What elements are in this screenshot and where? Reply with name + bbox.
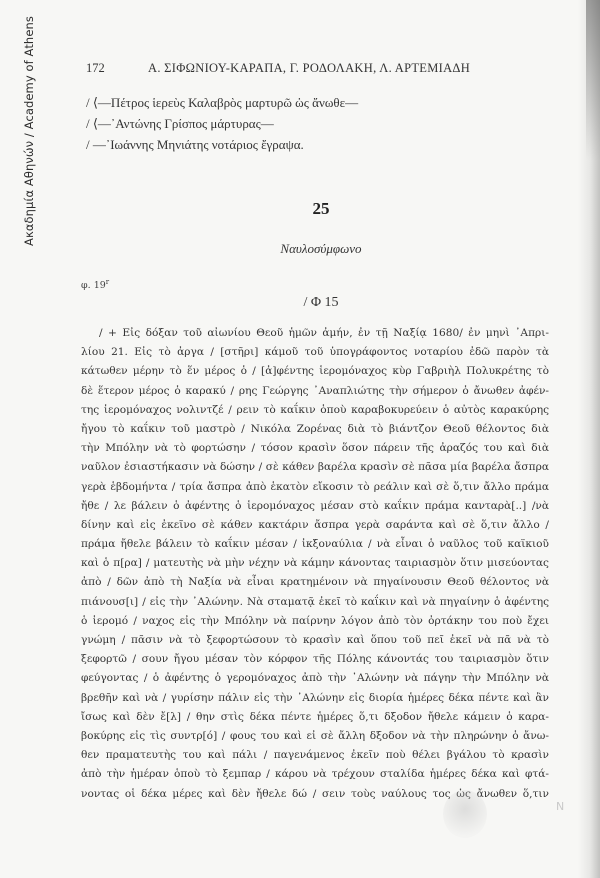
body-line: ἤθε / λε βάλειν ὁ ἀφέντης ὁ ἱερομόναχος …: [81, 497, 549, 516]
seal-watermark-letter: N: [556, 800, 564, 813]
document-number: 25: [0, 199, 600, 219]
body-line: φεύγοντας / ὁ ἀφέντης ὁ γερομόναχος ἀπὸ …: [81, 669, 549, 688]
document-body: / + Εἰς δόξαν τοῦ αἰωνίου Θεοῦ ἡμῶν ἀμήν…: [81, 324, 549, 804]
running-head-authors: Α. ΣΙΦΩΝΙΟΥ-ΚΑΡΑΠΑ, Γ. ΡΟΔΟΛΑΚΗ, Λ. ΑΡΤΕ…: [148, 61, 470, 76]
signature-line: / ⟨—Πέτρος ἱερεὺς Καλαβρὸς μαρτυρῶ ὡς ἄν…: [86, 92, 358, 113]
body-line: θεν πραματευτὴς του καὶ πάλι / παγενάμεν…: [81, 746, 549, 765]
body-line: ξεφορτῶ / σουν ἤγου μέσαν τὸν κόρφον τῆς…: [81, 650, 549, 669]
folio-reference: φ. 19r: [81, 278, 109, 291]
folio-superscript: r: [106, 278, 109, 286]
page-corner-shadow: [586, 0, 600, 160]
document-title: Ναυλοσύμφωνο: [0, 241, 600, 257]
seal-watermark-icon: [443, 790, 487, 838]
body-line: / + Εἰς δόξαν τοῦ αἰωνίου Θεοῦ ἡμῶν ἀμήν…: [81, 324, 549, 343]
body-line: βρεθῆν καὶ νὰ / γυρίσην πάλιν εἰς τὴν ᾿Α…: [81, 689, 549, 708]
signature-line: / ⟨—᾿Αντώνης Γρίσπος μάρτυρας—: [86, 113, 358, 134]
body-line: ὁ ἱερομό / ναχος εἰς τὴν Μπόλην νὰ παίρν…: [81, 612, 549, 631]
body-line: ἴσως καὶ δὲν ἔ[λ] / θην στὶς δέκα πέντε …: [81, 708, 549, 727]
page-marker: / Φ 15: [0, 295, 600, 311]
body-line: γερὰ ἑβδομήντα / τρία ἄσπρα ἀπὸ ἑκατὸν ε…: [81, 478, 549, 497]
body-line: πιάνουσ[ι] / εἰς τὴν ᾿Αλώνην. Νὰ σταματᾷ…: [81, 593, 549, 612]
page-number: 172: [86, 61, 105, 76]
body-line: λίου 21. Εἰς τὸ ἀργα / [στῆρι] κάμοῦ τοῦ…: [81, 343, 549, 362]
body-line: καὶ ὁ π[ρα] / ματευτὴς νὰ μὴν νέχην νὰ κ…: [81, 554, 549, 573]
folio-label: φ. 19: [81, 280, 106, 291]
body-line: ἀπὸ τὴν ἡμέραν ὁποὺ τὸ ξεμπαρ / κάρου νὰ…: [81, 765, 549, 784]
body-line: ἤγου τὸ καΐκιν τοῦ μαστρὸ / Νικόλα Ζορέν…: [81, 420, 549, 439]
body-line: ἀπὸ / δῶν ἀπὸ τὴ Ναξία νὰ εἶναι κρατημέν…: [81, 573, 549, 592]
signature-line: / —᾿Ιωάννης Μηνιάτης νοτάριος ἔγραψα.: [86, 134, 358, 155]
body-line: βοκύρης εἰς τὶς συντρ[ό] / φους του καὶ …: [81, 727, 549, 746]
body-line: τὴν Μπόλην νὰ τὸ φορτώσην / τόσον κρασὶν…: [81, 439, 549, 458]
body-line: κάτωθεν μέρην τὸ ἕν μέρος ὁ / [ἀ]φέντης …: [81, 362, 549, 381]
body-line: ναῦλον ἐσιαστήκασιν νὰ δώσην / σὲ κάθεν …: [81, 458, 549, 477]
body-line: πράμα ἤθελε βάλειν τὸ καΐκιν μέσαν / ἰκξ…: [81, 535, 549, 554]
body-line: γνώμη / πᾶσιν νὰ τὸ ξεφορτώσουν τὸ κρασὶ…: [81, 631, 549, 650]
body-line: δὲ ἕτερον μέρος ὁ καρακύ / ρης Γεώργης ᾿…: [81, 382, 549, 401]
signature-block: / ⟨—Πέτρος ἱερεὺς Καλαβρὸς μαρτυρῶ ὡς ἄν…: [86, 92, 358, 155]
body-line: της ἱερομόναχος νολιντζέ / ρειν τὸ καΐκι…: [81, 401, 549, 420]
body-line: δίνην καὶ εἰς ἐκεῖνο σὲ κάθεν κακτάριν ἄ…: [81, 516, 549, 535]
